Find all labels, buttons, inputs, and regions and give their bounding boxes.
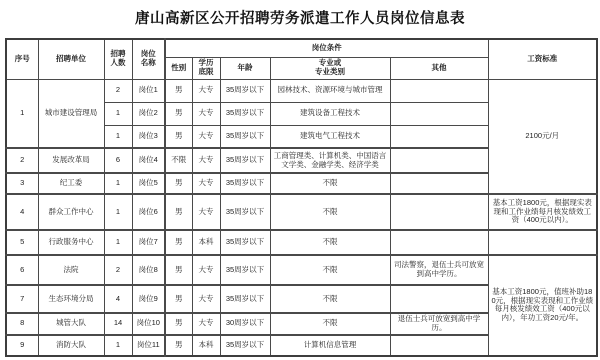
cell-headcount: 6	[104, 148, 132, 173]
cell-other	[390, 79, 488, 102]
cell-gender: 男	[165, 102, 192, 125]
cell-other	[390, 230, 488, 255]
cell-gender: 男	[165, 125, 192, 148]
cell-other	[390, 285, 488, 313]
cell-age: 35周岁以下	[220, 125, 270, 148]
cell-post: 岗位8	[132, 255, 165, 285]
cell-age: 35周岁以下	[220, 285, 270, 313]
cell-other	[390, 102, 488, 125]
cell-seq: 3	[6, 173, 38, 194]
cell-major: 工商管理类、计算机类、中国语言文学类、金融学类、经济学类	[270, 148, 390, 173]
cell-headcount: 2	[104, 79, 132, 102]
cell-education: 大专	[192, 285, 220, 313]
cell-post: 岗位2	[132, 102, 165, 125]
col-header-major: 专业或 专业类别	[270, 57, 390, 79]
col-header-education: 学历 底限	[192, 57, 220, 79]
cell-seq: 2	[6, 148, 38, 173]
cell-major: 不限	[270, 173, 390, 194]
cell-education: 大专	[192, 255, 220, 285]
job-info-table: 序号 招聘单位 招聘 人数 岗位 名称 岗位条件 工资标准 性别 学历 底限 年…	[5, 38, 598, 357]
cell-salary: 基本工资1800元，根据现实表现和工作业绩每月核发绩效工资（400元以内）。	[488, 194, 597, 230]
cell-post: 岗位11	[132, 335, 165, 356]
cell-headcount: 1	[104, 335, 132, 356]
cell-salary	[488, 230, 597, 255]
cell-age: 35周岁以下	[220, 194, 270, 230]
col-header-other: 其他	[390, 57, 488, 79]
cell-gender: 男	[165, 335, 192, 356]
cell-salary: 2100元/月	[488, 79, 597, 194]
cell-age: 35周岁以下	[220, 173, 270, 194]
cell-major: 不限	[270, 255, 390, 285]
col-header-salary: 工资标准	[488, 39, 597, 79]
cell-education: 大专	[192, 148, 220, 173]
cell-education: 大专	[192, 313, 220, 335]
cell-unit: 纪工委	[38, 173, 104, 194]
cell-gender: 男	[165, 194, 192, 230]
cell-major: 建筑设备工程技术	[270, 102, 390, 125]
cell-unit: 城市建设管理局	[38, 79, 104, 148]
cell-unit: 消防大队	[38, 335, 104, 356]
cell-seq: 1	[6, 79, 38, 148]
cell-unit: 行政服务中心	[38, 230, 104, 255]
cell-headcount: 2	[104, 255, 132, 285]
cell-gender: 男	[165, 230, 192, 255]
header-row-top: 序号 招聘单位 招聘 人数 岗位 名称 岗位条件 工资标准	[6, 39, 597, 57]
cell-salary: 基本工资1800元，值班补助180元，根据现实表现和工作业绩每月核发绩效工资（4…	[488, 255, 597, 356]
cell-unit: 法院	[38, 255, 104, 285]
table-row: 6 法院 2 岗位8 男 大专 35周岁以下 不限 司法警察，退伍士兵可放宽到高…	[6, 255, 597, 285]
cell-unit: 生态环境分局	[38, 285, 104, 313]
cell-unit: 发展改革局	[38, 148, 104, 173]
cell-age: 35周岁以下	[220, 230, 270, 255]
cell-major: 不限	[270, 313, 390, 335]
cell-major: 计算机信息管理	[270, 335, 390, 356]
cell-other: 司法警察，退伍士兵可放宽到高中学历。	[390, 255, 488, 285]
col-header-post-name: 岗位 名称	[132, 39, 165, 79]
cell-gender: 男	[165, 173, 192, 194]
job-info-table-wrap: 序号 招聘单位 招聘 人数 岗位 名称 岗位条件 工资标准 性别 学历 底限 年…	[5, 38, 596, 357]
cell-education: 大专	[192, 173, 220, 194]
cell-unit: 城管大队	[38, 313, 104, 335]
cell-post: 岗位4	[132, 148, 165, 173]
cell-gender: 男	[165, 79, 192, 102]
cell-other	[390, 194, 488, 230]
cell-post: 岗位3	[132, 125, 165, 148]
cell-other	[390, 148, 488, 173]
cell-major: 建筑电气工程技术	[270, 125, 390, 148]
cell-headcount: 1	[104, 173, 132, 194]
cell-post: 岗位10	[132, 313, 165, 335]
col-header-seq: 序号	[6, 39, 38, 79]
cell-seq: 6	[6, 255, 38, 285]
cell-gender: 男	[165, 255, 192, 285]
page-title: 唐山高新区公开招聘劳务派遣工作人员岗位信息表	[0, 7, 600, 28]
cell-seq: 7	[6, 285, 38, 313]
cell-education: 大专	[192, 102, 220, 125]
cell-headcount: 1	[104, 102, 132, 125]
cell-headcount: 14	[104, 313, 132, 335]
col-header-gender: 性别	[165, 57, 192, 79]
cell-headcount: 1	[104, 230, 132, 255]
cell-post: 岗位1	[132, 79, 165, 102]
cell-age: 35周岁以下	[220, 148, 270, 173]
col-header-conditions: 岗位条件	[165, 39, 488, 57]
cell-post: 岗位6	[132, 194, 165, 230]
col-header-unit: 招聘单位	[38, 39, 104, 79]
col-header-age: 年龄	[220, 57, 270, 79]
cell-seq: 5	[6, 230, 38, 255]
cell-education: 大专	[192, 125, 220, 148]
cell-major: 不限	[270, 230, 390, 255]
cell-other	[390, 335, 488, 356]
cell-headcount: 1	[104, 125, 132, 148]
cell-education: 大专	[192, 194, 220, 230]
cell-major: 不限	[270, 194, 390, 230]
cell-post: 岗位5	[132, 173, 165, 194]
cell-major: 不限	[270, 285, 390, 313]
cell-education: 大专	[192, 79, 220, 102]
col-header-headcount: 招聘 人数	[104, 39, 132, 79]
cell-seq: 8	[6, 313, 38, 335]
cell-unit: 群众工作中心	[38, 194, 104, 230]
cell-other	[390, 125, 488, 148]
cell-post: 岗位9	[132, 285, 165, 313]
cell-gender: 男	[165, 313, 192, 335]
cell-gender: 男	[165, 285, 192, 313]
cell-headcount: 1	[104, 194, 132, 230]
table-row: 4 群众工作中心 1 岗位6 男 大专 35周岁以下 不限 基本工资1800元，…	[6, 194, 597, 230]
cell-post: 岗位7	[132, 230, 165, 255]
cell-education: 本科	[192, 230, 220, 255]
cell-education: 本科	[192, 335, 220, 356]
cell-seq: 9	[6, 335, 38, 356]
cell-gender: 不限	[165, 148, 192, 173]
cell-major: 园林技术、资源环境与城市管理	[270, 79, 390, 102]
cell-seq: 4	[6, 194, 38, 230]
table-row: 5 行政服务中心 1 岗位7 男 本科 35周岁以下 不限	[6, 230, 597, 255]
cell-age: 30周岁以下	[220, 313, 270, 335]
cell-age: 35周岁以下	[220, 79, 270, 102]
table-row: 1 城市建设管理局 2 岗位1 男 大专 35周岁以下 园林技术、资源环境与城市…	[6, 79, 597, 102]
cell-age: 35周岁以下	[220, 255, 270, 285]
cell-other	[390, 173, 488, 194]
cell-headcount: 4	[104, 285, 132, 313]
cell-age: 35周岁以下	[220, 102, 270, 125]
cell-age: 35周岁以下	[220, 335, 270, 356]
cell-other: 退伍士兵可放宽到高中学历。	[390, 313, 488, 335]
